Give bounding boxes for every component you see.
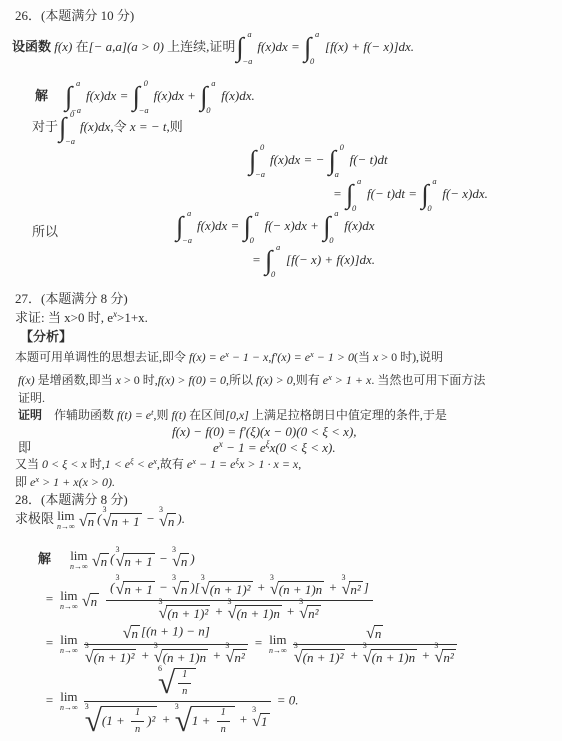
- math-run: +: [137, 647, 152, 662]
- radicand: 1 + 1n: [191, 706, 235, 737]
- math-run: x > 1 · x = x: [239, 457, 298, 471]
- denominator: n: [131, 722, 144, 736]
- limit-label: lim: [60, 690, 78, 703]
- radical-index: 3: [225, 641, 229, 651]
- text-run: 对于: [32, 119, 58, 134]
- math-run: f(x): [18, 373, 35, 387]
- radicand: n: [87, 513, 97, 530]
- math-run: ): [190, 551, 194, 566]
- radical: √n: [92, 551, 109, 570]
- text-run: 上连续,证明: [164, 39, 236, 54]
- problem-27-analysis-label: 【分析】: [20, 329, 72, 345]
- denominator: 3√(n + 1)² + 3√(n + 1)n + 3√n²: [293, 645, 457, 666]
- problem-26-equation-3: ∫a−af(x)dx = ∫a0f(− x)dx + ∫a0f(x)dx: [175, 212, 375, 242]
- radical-index: 3: [252, 705, 256, 715]
- radicand: n²: [233, 649, 246, 666]
- fraction: 1n: [131, 707, 144, 737]
- math-run: n: [181, 554, 188, 569]
- radicand: n + 1: [110, 513, 141, 530]
- integral-upper-limit: a: [276, 242, 280, 253]
- math-run: e: [213, 440, 219, 455]
- math-run: −: [156, 579, 171, 594]
- text-run: 作辅助函数: [54, 408, 117, 422]
- numerator: √n[(n + 1) − n]: [84, 623, 248, 645]
- math-run: f(x)dx =: [86, 88, 132, 103]
- math-run: n: [168, 514, 175, 529]
- problem-26-equation-4: = ∫a0[f(− x) + f(x)]dx.: [252, 246, 375, 276]
- limit-subscript: n→∞: [269, 647, 287, 655]
- limit-operator: limn→∞: [57, 509, 75, 531]
- radical: 3√n: [172, 579, 189, 598]
- text-run: >1+x.: [117, 310, 148, 325]
- math-run: [f(x) + f(− x)]dx.: [325, 39, 414, 54]
- integral-upper-limit: a: [247, 29, 251, 40]
- problem-27-analysis-line-3: 证明.: [18, 391, 45, 406]
- text-run: ,则: [167, 119, 183, 134]
- radicand: n: [374, 625, 384, 642]
- math-run: =: [45, 635, 57, 650]
- radicand: n + 1: [123, 553, 154, 570]
- integral-lower-limit: 0: [310, 56, 314, 67]
- math-run: f(x) = e: [189, 350, 225, 364]
- text-run: > 0 时),说明: [378, 350, 443, 364]
- radical: 3√n²: [225, 647, 246, 666]
- text-run: . 当然也可用下面方法: [371, 373, 485, 387]
- radicand: (n + 1)n: [162, 649, 208, 666]
- integral-upper-limit: a: [334, 208, 338, 219]
- superscript: x: [219, 439, 223, 449]
- math-run: +: [283, 603, 298, 618]
- radical: 3√(1 + 1n)²: [85, 704, 158, 737]
- fraction: 6√1n3√(1 + 1n)² + 3√1 + 1n + 3√1: [84, 666, 271, 737]
- math-run: 1: [135, 707, 140, 718]
- math-run: − 1 − x: [229, 350, 269, 364]
- integral-upper-limit: a: [76, 78, 80, 89]
- radical: 3√n + 1: [115, 551, 154, 570]
- math-run: (n + 1)n: [236, 606, 279, 621]
- math-run: +: [325, 579, 340, 594]
- radical: 3√n²: [341, 579, 362, 598]
- problem-26-statement: 设函数 f(x) 在[− a,a](a > 0) 上连续,证明∫a−af(x)d…: [12, 33, 414, 63]
- limit-subscript: n→∞: [57, 523, 75, 531]
- radical-index: 3: [294, 641, 298, 651]
- problem-27-header: 27．(本题满分 8 分): [15, 291, 128, 307]
- limit-subscript: n→∞: [60, 647, 78, 655]
- fraction: √n3√(n + 1)² + 3√(n + 1)n + 3√n²: [293, 623, 457, 665]
- fraction: √n[(n + 1) − n]3√(n + 1)² + 3√(n + 1)n +…: [84, 623, 248, 665]
- math-run: n + 1: [124, 582, 152, 597]
- integral-lower-limit: −a: [242, 56, 252, 67]
- math-run: f(x)dx: [80, 119, 110, 134]
- radical: √n: [366, 623, 383, 642]
- fraction: 1n: [178, 669, 191, 699]
- math-run: 0 < ξ < x: [42, 457, 87, 471]
- text-run: ,则: [153, 408, 171, 422]
- radicand: n: [131, 625, 141, 642]
- math-run: x(0 < ξ < x).: [270, 440, 336, 455]
- numerator: 6√1n: [84, 666, 271, 702]
- problem-26-header: 26．(本题满分 10 分): [15, 8, 134, 24]
- radicand: n + 1: [123, 581, 154, 598]
- problem-27-equation-2: ex − 1 = eξx(0 < ξ < x).: [213, 440, 336, 456]
- text-run: 求极限: [15, 511, 54, 526]
- math-run: +: [418, 647, 433, 662]
- integral-upper-limit: a: [357, 176, 361, 187]
- radicand: (n + 1)²: [93, 649, 137, 666]
- math-run: f(t): [171, 408, 186, 422]
- limit-label: lim: [60, 633, 78, 646]
- limit-subscript: n→∞: [60, 603, 78, 611]
- math-run: n²: [234, 650, 244, 665]
- problem-26-solution-line-2: 对于∫0−af(x)dx,令 x = − t,则: [32, 113, 183, 143]
- denominator: n: [178, 684, 191, 698]
- radicand: 1: [260, 713, 270, 730]
- math-run: f(x)dx =: [257, 39, 303, 54]
- math-run: f(x) − f(0) = f′(ξ)(x − 0)(0 < ξ < x),: [172, 424, 357, 439]
- math-run: > 1 + x: [332, 373, 372, 387]
- math-run: f(x)dx = −: [270, 152, 328, 167]
- radical: 3√(n + 1)²: [201, 579, 253, 598]
- radical-index: 3: [434, 641, 438, 651]
- math-run: (n + 1)²: [210, 582, 251, 597]
- math-run: > 1 + x(x > 0).: [39, 475, 115, 489]
- radicand: (1 + 1n)²: [101, 706, 158, 737]
- text-run: 26．(本题满分 10 分): [15, 8, 134, 23]
- numerator: (3√n + 1 − 3√n)[3√(n + 1)² + 3√(n + 1)n …: [106, 579, 373, 601]
- radicand: (n + 1)²: [166, 605, 210, 622]
- radical-index: 3: [116, 573, 120, 583]
- integral-lower-limit: 0: [329, 235, 333, 246]
- math-run: n: [91, 594, 98, 609]
- integral: ∫0a: [329, 146, 347, 176]
- radicand: (n + 1)n: [371, 649, 417, 666]
- math-run: +: [236, 711, 251, 726]
- math-run: n: [88, 514, 95, 529]
- radical-index: 3: [175, 702, 179, 712]
- math-run: n + 1: [124, 554, 152, 569]
- bold-text-run: 证明: [18, 408, 42, 422]
- radical: 3√n + 1: [116, 579, 155, 598]
- limit-subscript: n→∞: [70, 563, 88, 571]
- radical-index: 3: [85, 641, 89, 651]
- problem-26-solution-line-1: 解∫a−af(x)dx = ∫0−af(x)dx + ∫a0f(x)dx.: [35, 82, 255, 112]
- integral-upper-limit: a: [255, 208, 259, 219]
- integral-lower-limit: −a: [182, 235, 192, 246]
- text-run: 是增函数,即当: [35, 373, 116, 387]
- math-run: =: [252, 252, 264, 267]
- limit-label: lim: [70, 549, 88, 562]
- math-run: (n + 1)n: [163, 650, 206, 665]
- integral: ∫a0: [421, 180, 439, 210]
- math-run: =: [251, 635, 266, 650]
- math-run: =: [45, 591, 57, 606]
- radicand: n: [100, 553, 110, 570]
- math-run: +: [209, 647, 224, 662]
- superscript: x: [225, 350, 229, 359]
- math-run: f(x): [54, 39, 72, 54]
- numerator: √n: [293, 623, 457, 645]
- text-run: 上满足拉格朗日中值定理的条件,于是: [249, 408, 447, 422]
- radical-index: 6: [158, 664, 162, 674]
- radical-index: 3: [85, 702, 89, 712]
- integral-upper-limit: a: [432, 176, 436, 187]
- problem-27-analysis-line-2: f(x) 是增函数,即当 x > 0 时,f(x) > f(0) = 0,所以 …: [18, 373, 485, 388]
- text-run: 即: [18, 440, 31, 455]
- integral: ∫a−a: [176, 212, 194, 242]
- math-run: f(− t)dt: [350, 152, 388, 167]
- math-run: f(− x)dx.: [442, 186, 488, 201]
- math-run: f(x) > 0: [256, 373, 293, 387]
- text-run: ,则有: [293, 373, 323, 387]
- math-run: n: [181, 582, 188, 597]
- math-run: f(x)dx =: [197, 218, 243, 233]
- integral: ∫a0: [200, 82, 218, 112]
- problem-27-equation-1: f(x) − f(0) = f′(ξ)(x − 0)(0 < ξ < x),: [172, 424, 357, 440]
- bold-text-run: 解: [35, 88, 48, 103]
- superscript: ξ: [130, 457, 134, 466]
- math-run: [(n + 1) − n]: [141, 623, 210, 638]
- math-run: (n + 1)²: [303, 650, 344, 665]
- problem-27-statement: 求证: 当 x>0 时, ex>1+x.: [15, 310, 148, 326]
- problem-28-header: 28．(本题满分 8 分): [15, 492, 128, 508]
- radicand: n²: [442, 649, 455, 666]
- math-run: x = − t: [130, 119, 167, 134]
- integral-lower-limit: 0: [427, 203, 431, 214]
- radical: 3√(n + 1)²: [159, 603, 211, 622]
- radical: 3√n + 1: [102, 511, 141, 530]
- text-run: ,所以: [226, 373, 256, 387]
- integral-upper-limit: 0: [70, 109, 74, 120]
- integral-upper-limit: a: [211, 78, 215, 89]
- limit-operator: limn→∞: [269, 633, 287, 655]
- math-run: ]: [364, 579, 369, 594]
- integral-upper-limit: 0: [260, 142, 264, 153]
- radical: 3√1: [252, 711, 269, 730]
- problem-26-equation-2: = ∫a0f(− t)dt = ∫a0f(− x)dx.: [333, 180, 488, 210]
- limit-label: lim: [60, 589, 78, 602]
- radicand: n²: [307, 605, 320, 622]
- radical-index: 3: [341, 573, 345, 583]
- radical: √n: [79, 511, 96, 530]
- problem-28-solution-line-4: = limn→∞6√1n3√(1 + 1n)² + 3√1 + 1n + 3√1…: [45, 666, 299, 737]
- text-run: 在区间: [186, 408, 225, 422]
- integral-upper-limit: a: [315, 29, 319, 40]
- math-run: (: [110, 579, 114, 594]
- problem-27-analysis-line-1: 本题可用单调性的思想去证,即令 f(x) = ex − 1 − x,f′(x) …: [15, 350, 443, 365]
- radical: 3√1 + 1n: [175, 704, 235, 737]
- text-run: 28．(本题满分 8 分): [15, 492, 128, 507]
- limit-operator: limn→∞: [60, 633, 78, 655]
- math-run: (n + 1)n: [372, 650, 415, 665]
- radical-index: 3: [115, 545, 119, 555]
- math-run: = 0.: [274, 692, 299, 707]
- radicand: (n + 1)n: [278, 581, 324, 598]
- radical: 6√1n: [158, 666, 196, 699]
- radicand: n: [90, 593, 100, 610]
- radical: 3√(n + 1)n: [363, 647, 417, 666]
- problem-28-statement: 求极限limn→∞√n(3√n + 1 − 3√n).: [15, 509, 185, 531]
- text-run: 在: [72, 39, 88, 54]
- math-run: n: [375, 626, 382, 641]
- integral: ∫a0: [304, 33, 322, 63]
- math-run: n: [221, 724, 226, 735]
- integral: ∫a−a: [236, 33, 254, 63]
- math-run: n: [135, 724, 140, 735]
- radical-index: 3: [299, 597, 303, 607]
- text-run: > 0 时,: [121, 373, 158, 387]
- text-run: 即: [15, 475, 30, 489]
- text-run: 又当: [15, 457, 42, 471]
- integral: ∫a0: [265, 246, 283, 276]
- radical: 3√n²: [299, 603, 320, 622]
- radical-index: 3: [102, 505, 106, 515]
- integral: ∫a0: [244, 212, 262, 242]
- superscript: x: [328, 373, 332, 382]
- math-run: 1: [221, 707, 226, 718]
- radical: 3√(n + 1)n: [154, 647, 208, 666]
- radical-index: 3: [270, 573, 274, 583]
- radical-index: 3: [159, 505, 163, 515]
- math-run: ).: [177, 511, 185, 526]
- bold-text-run: 解: [38, 551, 51, 566]
- radical: 3√(n + 1)n: [228, 603, 282, 622]
- math-run: f(x)dx: [344, 218, 374, 233]
- limit-label: lim: [57, 509, 75, 522]
- integral-lower-limit: −a: [255, 169, 265, 180]
- problem-26-equation-1: ∫0−af(x)dx = − ∫0af(− t)dt: [248, 146, 388, 176]
- math-run: +: [254, 579, 269, 594]
- radical: √n: [123, 623, 140, 642]
- integral-lower-limit: −a: [65, 136, 75, 147]
- math-run: (n + 1)n: [279, 582, 322, 597]
- math-run: n: [101, 554, 108, 569]
- math-run: (: [110, 551, 114, 566]
- problem-27-ji-label: 即: [18, 440, 31, 456]
- radical-index: 3: [363, 641, 367, 651]
- integral-lower-limit: 0: [206, 105, 210, 116]
- scanned-math-solutions-page: 26．(本题满分 10 分)设函数 f(x) 在[− a,a](a > 0) 上…: [0, 0, 562, 741]
- radical: 3√n: [159, 511, 176, 530]
- math-run: (: [97, 511, 101, 526]
- integral: ∫0−a: [59, 113, 77, 143]
- superscript: ξ: [266, 439, 270, 449]
- superscript: x: [35, 475, 39, 484]
- problem-28-solution-line-1: 解limn→∞√n(3√n + 1 − 3√n): [38, 549, 195, 571]
- math-run: n²: [443, 650, 453, 665]
- superscript: x: [310, 350, 314, 359]
- bold-text-run: 设函数: [12, 39, 54, 54]
- math-run: [f(− x) + f(x)]dx.: [286, 252, 375, 267]
- denominator: 3√(1 + 1n)² + 3√1 + 1n + 3√1: [84, 702, 271, 737]
- radical: 3√n²: [434, 647, 455, 666]
- integral-upper-limit: 0: [340, 142, 344, 153]
- limit-subscript: n→∞: [60, 704, 78, 712]
- radical: 3√(n + 1)²: [85, 647, 137, 666]
- superscript: x: [153, 457, 157, 466]
- math-run: − 1 > 0: [314, 350, 354, 364]
- radicand: (n + 1)n: [235, 605, 281, 622]
- limit-operator: limn→∞: [60, 589, 78, 611]
- integral-lower-limit: 0: [250, 235, 254, 246]
- radicand: n: [180, 553, 190, 570]
- text-run: 求证: 当 x>0 时, e: [15, 310, 113, 325]
- integral-lower-limit: a: [335, 169, 339, 180]
- integral-lower-limit: 0: [271, 269, 275, 280]
- math-run: f(x) > f(0) = 0: [158, 373, 226, 387]
- integral-upper-limit: 0: [144, 78, 148, 89]
- radical: 3√n: [172, 551, 189, 570]
- integral: ∫a0: [346, 180, 364, 210]
- math-run: +: [346, 647, 361, 662]
- text-run: 时,: [87, 457, 105, 471]
- math-run: 1 < e: [105, 457, 130, 471]
- text-run: ,故有: [157, 457, 187, 471]
- radical-index: 3: [228, 597, 232, 607]
- text-run: (当: [354, 350, 373, 364]
- problem-26-suoyi-label: 所以: [32, 224, 58, 240]
- bold-text-run: 【分析】: [20, 329, 72, 344]
- superscript: x: [113, 309, 117, 319]
- radicand: n: [167, 513, 177, 530]
- math-run: f(x)dx +: [154, 88, 200, 103]
- fraction: (3√n + 1 − 3√n)[3√(n + 1)² + 3√(n + 1)n …: [106, 579, 373, 621]
- math-run: − 1 = e: [223, 440, 266, 455]
- text-run: 所以: [32, 224, 58, 239]
- radical-index: 3: [172, 545, 176, 555]
- math-run: n: [182, 686, 187, 697]
- integral-upper-limit: a: [187, 208, 191, 219]
- problem-27-proof-line-1: 证明作辅助函数 f(t) = et,则 f(t) 在区间[0,x] 上满足拉格朗…: [18, 408, 447, 423]
- math-run: f(x)dx.: [221, 88, 255, 103]
- integral: ∫a−a: [65, 82, 83, 112]
- integral: ∫0−a: [249, 146, 267, 176]
- numerator: 1: [217, 707, 230, 722]
- numerator: 1: [178, 669, 191, 684]
- math-run: +: [158, 711, 173, 726]
- text-run: 证明.: [18, 391, 45, 405]
- radicand: 1n: [174, 668, 196, 699]
- math-run: 1 +: [192, 713, 214, 728]
- math-run: < e: [134, 457, 153, 471]
- math-run: −: [143, 511, 158, 526]
- fraction: 1n: [217, 707, 230, 737]
- problem-27-proof-line-3: 即 ex > 1 + x(x > 0).: [15, 475, 115, 490]
- math-run: (1 +: [102, 713, 128, 728]
- math-run: =: [45, 692, 57, 707]
- radical-index: 3: [201, 573, 205, 583]
- limit-label: lim: [269, 633, 287, 646]
- math-run: )[: [190, 579, 199, 594]
- text-run: 本题可用单调性的思想去证,即令: [15, 350, 189, 364]
- math-run: (n + 1)²: [167, 606, 208, 621]
- radicand: (n + 1)²: [302, 649, 346, 666]
- math-run: (n + 1)²: [94, 650, 135, 665]
- math-run: n + 1: [111, 514, 139, 529]
- radical-index: 3: [159, 597, 163, 607]
- math-run: )²: [147, 713, 155, 728]
- denominator: 3√(n + 1)² + 3√(n + 1)n + 3√n²: [106, 601, 373, 622]
- math-run: f(− x)dx +: [265, 218, 323, 233]
- radical: 3√(n + 1)n: [270, 579, 324, 598]
- math-run: f(− t)dt =: [367, 186, 420, 201]
- limit-operator: limn→∞: [60, 690, 78, 712]
- math-run: f′(x) = e: [271, 350, 310, 364]
- text-run: 27．(本题满分 8 分): [15, 291, 128, 306]
- math-run: n²: [350, 582, 360, 597]
- numerator: 1: [131, 707, 144, 722]
- radicand: n²: [349, 581, 362, 598]
- denominator: 3√(n + 1)² + 3√(n + 1)n + 3√n²: [84, 645, 248, 666]
